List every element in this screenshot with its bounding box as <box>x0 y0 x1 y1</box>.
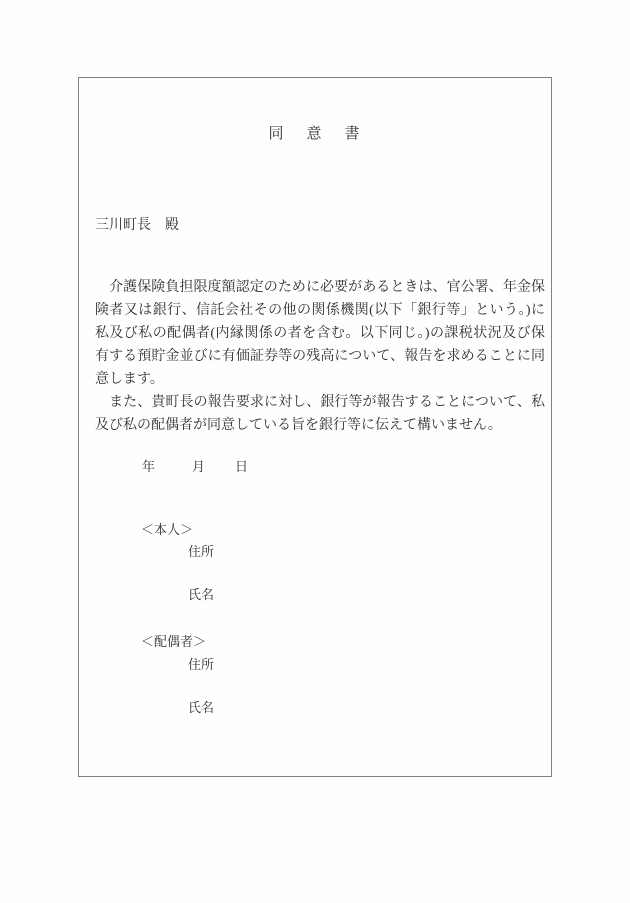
date-month-label: 月 <box>192 456 205 475</box>
document-page: 同 意 書 三川町長 殿 介護保険負担限度額認定のために必要があるときは、官公署… <box>0 0 630 903</box>
signature-principal-address-label: 住所 <box>188 541 214 560</box>
signature-spouse-name-label: 氏名 <box>188 697 214 716</box>
signature-spouse-heading: ＜配偶者＞ <box>141 631 206 650</box>
date-year-label: 年 <box>142 456 155 475</box>
document-title: 同 意 書 <box>79 122 553 143</box>
body-text: 介護保険負担限度額認定のために必要があるときは、官公署、年金保険者又は銀行、信託… <box>95 276 545 437</box>
signature-principal-heading: ＜本人＞ <box>141 519 193 538</box>
signature-principal-name-label: 氏名 <box>188 584 214 603</box>
date-day-label: 日 <box>235 456 248 475</box>
signature-spouse-address-label: 住所 <box>188 654 214 673</box>
body-paragraph-notice: また、貴町長の報告要求に対し、銀行等が報告することについて、私及び私の配偶者が同… <box>95 391 545 437</box>
addressee-line: 三川町長 殿 <box>95 214 179 234</box>
body-paragraph-consent: 介護保険負担限度額認定のために必要があるときは、官公署、年金保険者又は銀行、信託… <box>95 276 545 391</box>
